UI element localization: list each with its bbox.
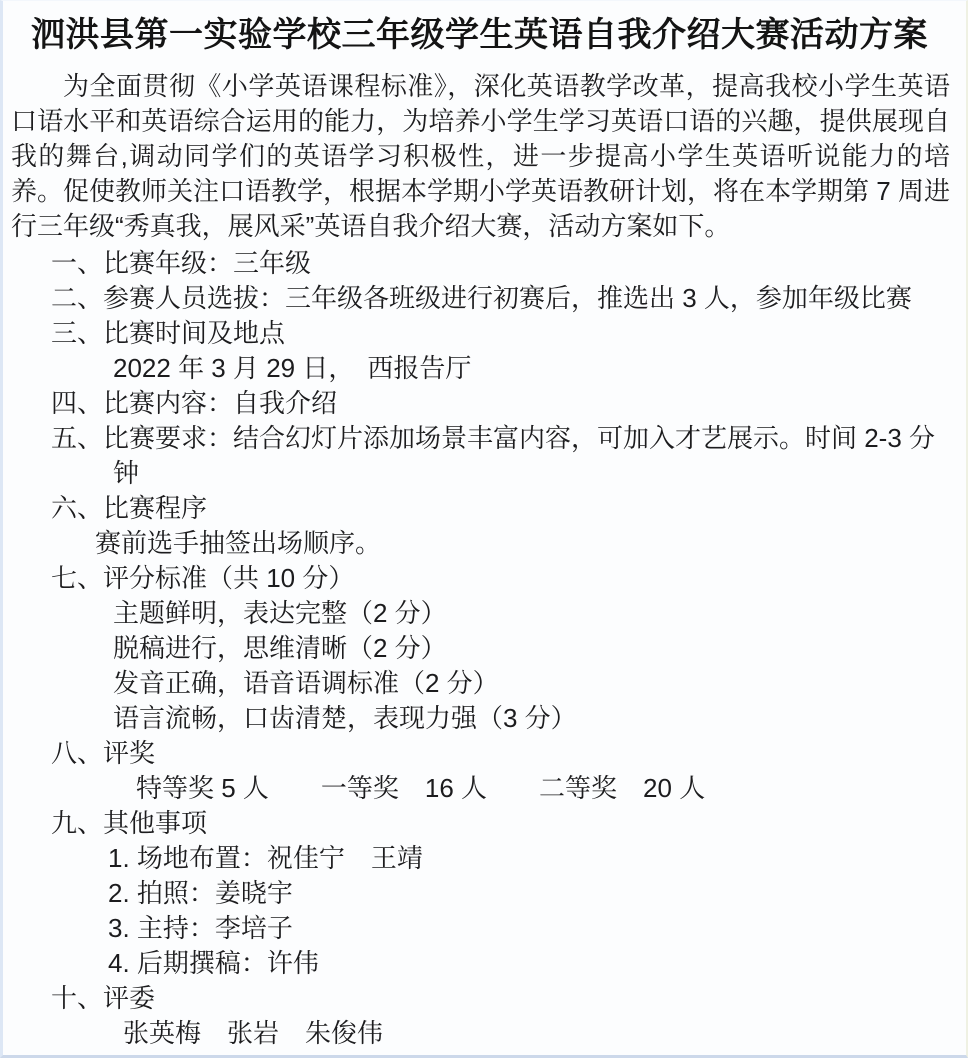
page-title: 泗洪县第一实验学校三年级学生英语自我介绍大赛活动方案 <box>9 13 950 57</box>
line-draw-order: 赛前选手抽签出场顺序。 <box>95 526 950 561</box>
line-draft: 4. 后期撰稿：许伟 <box>108 946 950 981</box>
document-list: 一、比赛年级：三年级二、参赛人员选拔：三年级各班级进行初赛后，推选出 3 人，参… <box>9 246 950 1051</box>
intro-paragraph: 为全面贯彻《小学英语课程标准》，深化英语教学改革，提高我校小学生英语口语水平和英… <box>11 69 950 244</box>
line-host: 3. 主持：李培子 <box>108 911 950 946</box>
line-score-pronunciation: 发音正确，语音语调标准（2 分） <box>113 666 950 701</box>
line-procedure: 六、比赛程序 <box>51 491 950 526</box>
line-score-fluency: 语言流畅，口齿清楚，表现力强（3 分） <box>113 701 950 736</box>
line-selection: 二、参赛人员选拔：三年级各班级进行初赛后，推选出 3 人，参加年级比赛 <box>51 281 950 316</box>
line-content: 四、比赛内容：自我介绍 <box>51 386 950 421</box>
line-awards: 八、评奖 <box>51 736 950 771</box>
line-photo: 2. 拍照：姜晓宇 <box>108 876 950 911</box>
line-judges: 十、评委 <box>51 981 950 1016</box>
line-scoring: 七、评分标准（共 10 分） <box>51 561 950 596</box>
line-score-theme: 主题鲜明，表达完整（2 分） <box>113 596 950 631</box>
line-date-venue: 2022 年 3 月 29 日， 西报告厅 <box>113 351 950 386</box>
line-score-memory: 脱稿进行，思维清晰（2 分） <box>113 631 950 666</box>
line-grade: 一、比赛年级：三年级 <box>51 246 950 281</box>
line-award-counts: 特等奖 5 人 一等奖 16 人 二等奖 20 人 <box>136 771 950 806</box>
line-other: 九、其他事项 <box>51 806 950 841</box>
document-page: 泗洪县第一实验学校三年级学生英语自我介绍大赛活动方案 为全面贯彻《小学英语课程标… <box>0 0 968 1058</box>
line-venue-setup: 1. 场地布置：祝佳宁 王靖 <box>108 841 950 876</box>
line-judge-names: 张英梅 张岩 朱俊伟 <box>123 1016 950 1051</box>
line-time-place: 三、比赛时间及地点 <box>51 316 950 351</box>
line-requirements: 五、比赛要求：结合幻灯片添加场景丰富内容，可加入才艺展示。时间 2-3 分钟 <box>51 421 950 491</box>
